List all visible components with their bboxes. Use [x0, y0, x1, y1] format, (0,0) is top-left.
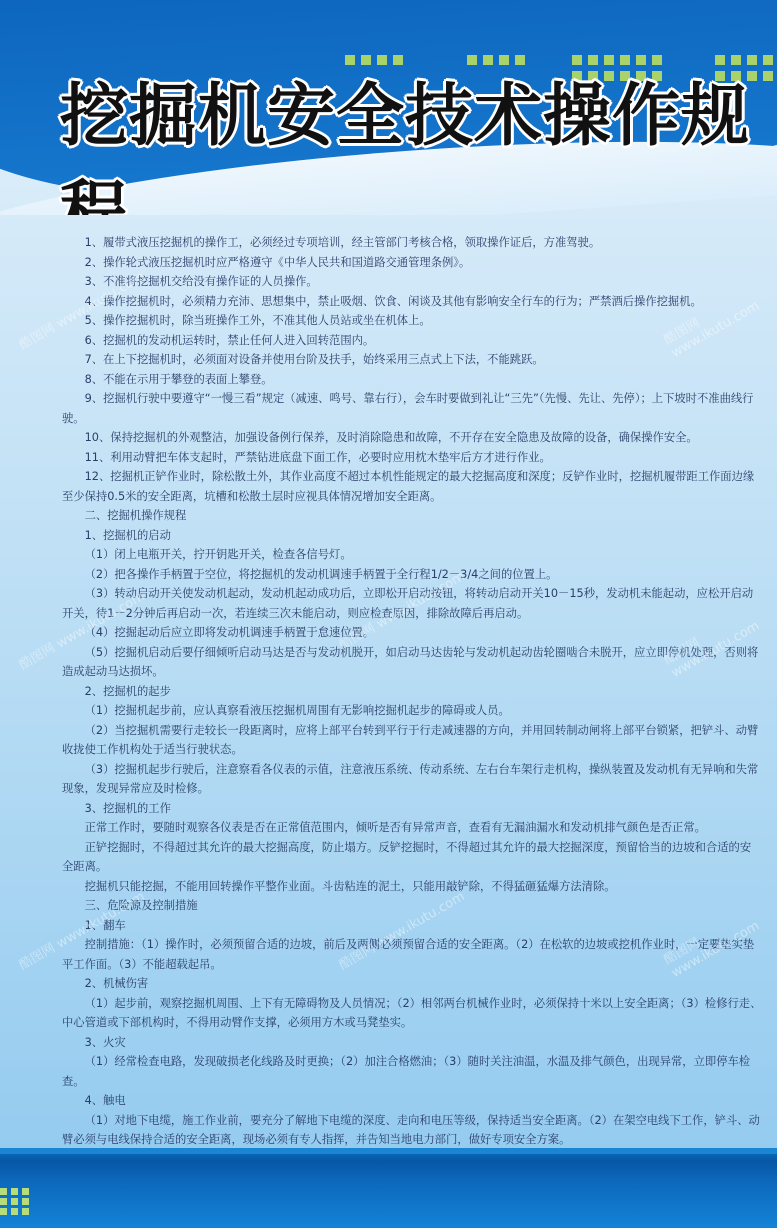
subsection-heading: 4、触电: [62, 1091, 762, 1111]
subsection-heading: 2、机械伤害: [62, 974, 762, 994]
section-heading: 二、挖掘机操作规程: [62, 506, 762, 526]
regulation-text: 1、履带式液压挖掘机的操作工，必须经过专项培训，经主管部门考核合格，领取操作证后…: [62, 233, 762, 1150]
paragraph: 11、利用动臂把车体支起时，严禁钻进底盘下面工作，必要时应用枕木垫牢后方才进行作…: [62, 448, 762, 468]
paragraph: （1）对地下电缆，施工作业前，要充分了解地下电缆的深度、走向和电压等级，保持适当…: [62, 1111, 762, 1150]
paragraph: 6、挖掘机的发动机运转时，禁止任何人进入回转范围内。: [62, 331, 762, 351]
paragraph: （2）把各操作手柄置于空位，将挖掘机的发动机调速手柄置于全行程1/2－3/4之间…: [62, 565, 762, 585]
poster-header: 挖掘机安全技术操作规程: [0, 0, 777, 215]
subsection-heading: 3、火灾: [62, 1033, 762, 1053]
paragraph: 5、操作挖掘机时，除当班操作工外，不准其他人员站或坐在机体上。: [62, 311, 762, 331]
paragraph: （2）当挖掘机需要行走较长一段距离时，应将上部平台转到平行于行走减速器的方向，并…: [62, 721, 762, 760]
paragraph: 1、履带式液压挖掘机的操作工，必须经过专项培训，经主管部门考核合格，领取操作证后…: [62, 233, 762, 253]
paragraph: 正铲挖掘时，不得超过其允许的最大挖掘高度，防止塌方。反铲挖掘时，不得超过其允许的…: [62, 838, 762, 877]
paragraph: 挖掘机只能挖掘，不能用回转操作平整作业面。斗齿粘连的泥土，只能用敲铲除，不得猛砸…: [62, 877, 762, 897]
subsection-heading: 2、挖掘机的起步: [62, 682, 762, 702]
section-heading: 三、危险源及控制措施: [62, 896, 762, 916]
paragraph: 正常工作时，要随时观察各仪表是否在正常值范围内，倾听是否有异常声音，查看有无漏油…: [62, 818, 762, 838]
footer-divider: [0, 1148, 777, 1154]
paragraph: 8、不能在示用于攀登的表面上攀登。: [62, 370, 762, 390]
paragraph: 7、在上下挖掘机时，必须面对设备并使用台阶及扶手，始终采用三点式上下法，不能跳跃…: [62, 350, 762, 370]
decorative-squares: [0, 1188, 30, 1215]
paragraph: 12、挖掘机正铲作业时，除松散土外，其作业高度不超过本机性能规定的最大挖掘高度和…: [62, 467, 762, 506]
paragraph: 2、操作轮式液压挖掘机时应严格遵守《中华人民共和国道路交通管理条例》。: [62, 253, 762, 273]
subsection-heading: 3、挖掘机的工作: [62, 799, 762, 819]
paragraph: （5）挖掘机启动后要仔细倾听启动马达是否与发动机脱开，如启动马达齿轮与发动机起动…: [62, 643, 762, 682]
paragraph: 3、不准将挖掘机交给没有操作证的人员操作。: [62, 272, 762, 292]
safety-poster: 挖掘机安全技术操作规程 1、履带式液压挖掘机的操作工，必须经过专项培训，经主管部…: [0, 0, 777, 1228]
paragraph: 10、保持挖掘机的外观整洁，加强设备例行保养，及时消除隐患和故障，不开存在安全隐…: [62, 428, 762, 448]
paragraph: （1）起步前，观察挖掘机周围、上下有无障碍物及人员情况；（2）相邻两台机械作业时…: [62, 994, 762, 1033]
poster-footer: [0, 1148, 777, 1228]
paragraph: 控制措施：（1）操作时，必须预留合适的边坡，前后及两侧必须预留合适的安全距离。（…: [62, 935, 762, 974]
paragraph: （3）挖掘机起步行驶后，注意察看各仪表的示值，注意液压系统、传动系统、左右台车架…: [62, 760, 762, 799]
subsection-heading: 1、挖掘机的启动: [62, 526, 762, 546]
paragraph: （1）经常检查电路，发现破损老化线路及时更换；（2）加注合格燃油；（3）随时关注…: [62, 1052, 762, 1091]
poster-title: 挖掘机安全技术操作规程: [60, 62, 770, 215]
paragraph: （4）挖掘起动后应立即将发动机调速手柄置于怠速位置。: [62, 623, 762, 643]
paragraph: （1）挖掘机起步前，应认真察看液压挖掘机周围有无影响挖掘机起步的障碍或人员。: [62, 701, 762, 721]
paragraph: （1）闭上电瓶开关，拧开钥匙开关，检查各信号灯。: [62, 545, 762, 565]
subsection-heading: 1、翻车: [62, 916, 762, 936]
paragraph: 4、操作挖掘机时，必须精力充沛、思想集中，禁止吸烟、饮食、闲谈及其他有影响安全行…: [62, 292, 762, 312]
paragraph: （3）转动启动开关使发动机起动，发动机起动成功后，立即松开启动按钮，将转动启动开…: [62, 584, 762, 623]
paragraph: 9、挖掘机行驶中要遵守“一慢三看”规定（减速、鸣号、靠右行），会车时要做到礼让“…: [62, 389, 762, 428]
